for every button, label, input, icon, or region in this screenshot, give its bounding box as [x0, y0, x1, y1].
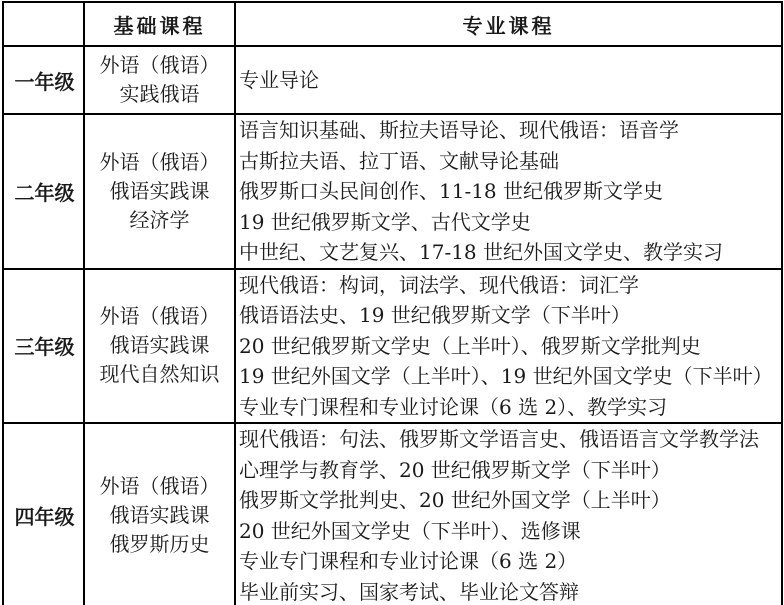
course-line: 专业专门课程和专业讨论课（6 选 2）	[239, 546, 777, 577]
course-line: 经济学	[85, 206, 234, 235]
year-cell-grade-4: 四年级	[3, 423, 84, 605]
course-line: 外语（俄语）	[85, 148, 234, 177]
course-line: 专业导论	[239, 65, 777, 96]
course-line: 俄语实践课	[85, 177, 234, 206]
course-line: 20 世纪外国文学史（下半叶）、选修课	[239, 516, 777, 547]
major-courses-cell-grade-2: 语言知识基础、斯拉夫语导论、现代俄语：语音学 古斯拉夫语、拉丁语、文献导论基础 …	[235, 114, 782, 269]
course-line: 19 世纪俄罗斯文学、古代文学史	[239, 207, 777, 238]
course-line: 现代俄语：句法、俄罗斯文学语言史、俄语语言文学教学法	[239, 424, 777, 455]
major-courses-cell-grade-4: 现代俄语：句法、俄罗斯文学语言史、俄语语言文学教学法 心理学与教育学、20 世纪…	[235, 423, 782, 605]
table-row-grade-3: 三年级 外语（俄语） 俄语实践课 现代自然知识 现代俄语：构词，词法学、现代俄语…	[3, 269, 782, 424]
basic-courses-cell-grade-4: 外语（俄语） 俄语实践课 俄罗斯历史	[84, 423, 235, 605]
major-courses-cell-grade-3: 现代俄语：构词，词法学、现代俄语：词汇学 俄语语法史、19 世纪俄罗斯文学（下半…	[235, 269, 782, 424]
header-row: 基础课程 专业课程	[3, 2, 782, 46]
course-line: 俄罗斯文学批判史、20 世纪外国文学（上半叶）	[239, 485, 777, 516]
table-row-grade-2: 二年级 外语（俄语） 俄语实践课 经济学 语言知识基础、斯拉夫语导论、现代俄语：…	[3, 114, 782, 269]
course-line: 心理学与教育学、20 世纪俄罗斯文学（下半叶）	[239, 455, 777, 486]
course-line: 古斯拉夫语、拉丁语、文献导论基础	[239, 146, 777, 177]
course-line: 现代俄语：构词，词法学、现代俄语：词汇学	[239, 270, 777, 301]
basic-courses-cell-grade-3: 外语（俄语） 俄语实践课 现代自然知识	[84, 269, 235, 424]
major-courses-header: 专业课程	[235, 2, 782, 46]
year-cell-grade-3: 三年级	[3, 269, 84, 424]
table-row-grade-4: 四年级 外语（俄语） 俄语实践课 俄罗斯历史 现代俄语：句法、俄罗斯文学语言史、…	[3, 423, 782, 605]
basic-courses-cell-grade-2: 外语（俄语） 俄语实践课 经济学	[84, 114, 235, 269]
year-cell-grade-2: 二年级	[3, 114, 84, 269]
course-line: 语言知识基础、斯拉夫语导论、现代俄语：语音学	[239, 115, 777, 146]
basic-courses-cell-grade-1: 外语（俄语） 实践俄语	[84, 46, 235, 114]
course-line: 俄语实践课	[85, 501, 234, 530]
course-line: 专业专门课程和专业讨论课（6 选 2）、教学实习	[239, 392, 777, 423]
course-line: 20 世纪俄罗斯文学史（上半叶）、俄罗斯文学批判史	[239, 331, 777, 362]
year-cell-grade-1: 一年级	[3, 46, 84, 114]
course-line: 俄罗斯口头民间创作、11-18 世纪俄罗斯文学史	[239, 176, 777, 207]
table-row-grade-1: 一年级 外语（俄语） 实践俄语 专业导论	[3, 46, 782, 114]
major-courses-cell-grade-1: 专业导论	[235, 46, 782, 114]
course-line: 俄语语法史、19 世纪俄罗斯文学（下半叶）	[239, 300, 777, 331]
course-line: 俄罗斯历史	[85, 530, 234, 559]
course-line: 实践俄语	[85, 80, 234, 109]
course-line: 毕业前实习、国家考试、毕业论文答辩	[239, 577, 777, 605]
year-column-header	[3, 2, 84, 46]
course-line: 中世纪、文艺复兴、17-18 世纪外国文学史、教学实习	[239, 237, 777, 268]
basic-courses-header: 基础课程	[84, 2, 235, 46]
curriculum-table: 基础课程 专业课程 一年级 外语（俄语） 实践俄语 专业导论 二年级 外语（俄语…	[2, 1, 783, 605]
course-line: 俄语实践课	[85, 331, 234, 360]
course-line: 外语（俄语）	[85, 472, 234, 501]
course-line: 19 世纪外国文学（上半叶）、19 世纪外国文学史（下半叶）	[239, 361, 777, 392]
course-line: 现代自然知识	[85, 360, 234, 389]
course-line: 外语（俄语）	[85, 51, 234, 80]
course-line: 外语（俄语）	[85, 302, 234, 331]
